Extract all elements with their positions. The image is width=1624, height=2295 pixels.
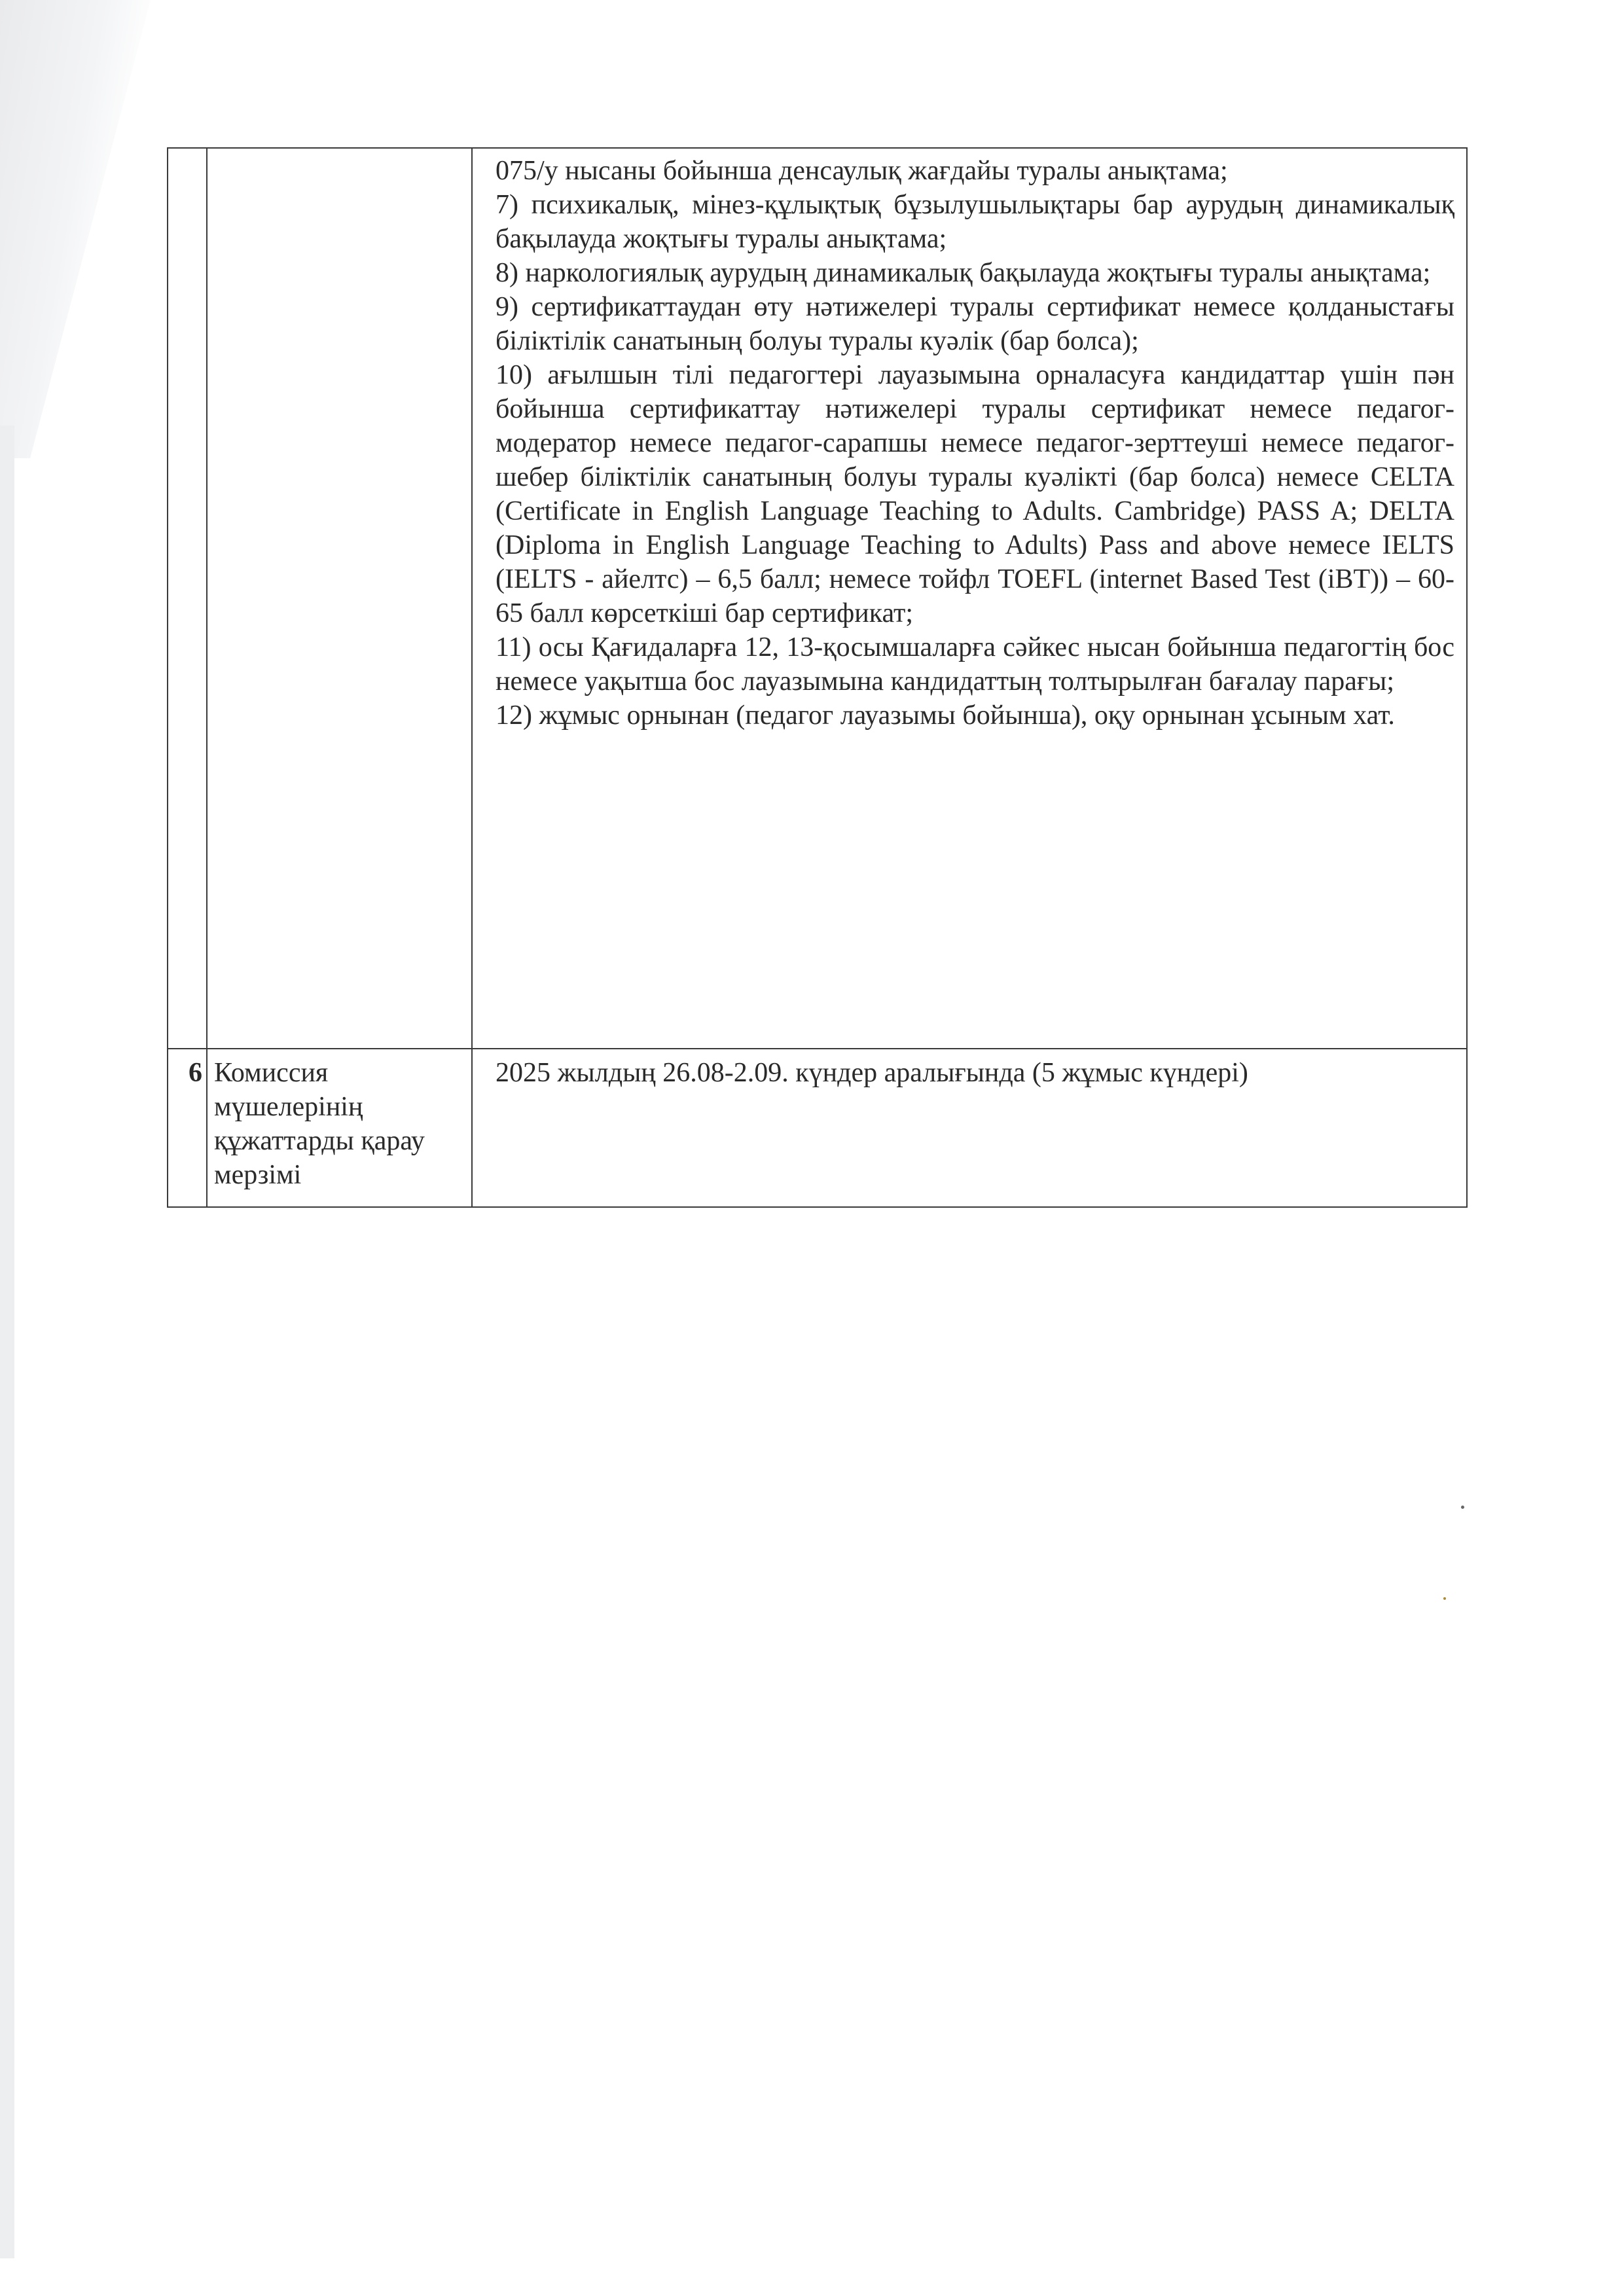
list-item: 10) ағылшын тілі педагогтері лауазымына … <box>496 358 1454 630</box>
scan-speck <box>1443 1597 1446 1600</box>
scan-edge <box>0 425 14 2258</box>
table-row: 075/у нысаны бойынша денсаулық жағдайы т… <box>168 148 1467 1049</box>
row-number: 6 <box>168 1049 207 1207</box>
list-item: 9) сертификаттаудан өту нәтижелері турал… <box>496 290 1454 358</box>
list-item: 11) осы Қағидаларға 12, 13-қосымшаларға … <box>496 630 1454 698</box>
scan-shadow <box>0 0 151 458</box>
list-item: 12) жұмыс орнынан (педагог лауазымы бойы… <box>496 698 1454 732</box>
row-number <box>168 148 207 1049</box>
requirements-table: 075/у нысаны бойынша денсаулық жағдайы т… <box>167 147 1468 1208</box>
list-item: 8) наркологиялық аурудың динамикалық бақ… <box>496 256 1454 290</box>
row-label <box>207 148 472 1049</box>
review-period: 2025 жылдың 26.08-2.09. күндер аралығынд… <box>472 1049 1467 1207</box>
scan-speck <box>1461 1506 1464 1509</box>
document-list: 075/у нысаны бойынша денсаулық жағдайы т… <box>472 148 1467 1049</box>
list-item: 7) психикалық, мінез-құлықтық бұзылушылы… <box>496 188 1454 256</box>
list-item: 075/у нысаны бойынша денсаулық жағдайы т… <box>496 154 1454 188</box>
table-row: 6 Комиссия мүшелерінің құжаттарды қарау … <box>168 1049 1467 1207</box>
row-label: Комиссия мүшелерінің құжаттарды қарау ме… <box>207 1049 472 1207</box>
